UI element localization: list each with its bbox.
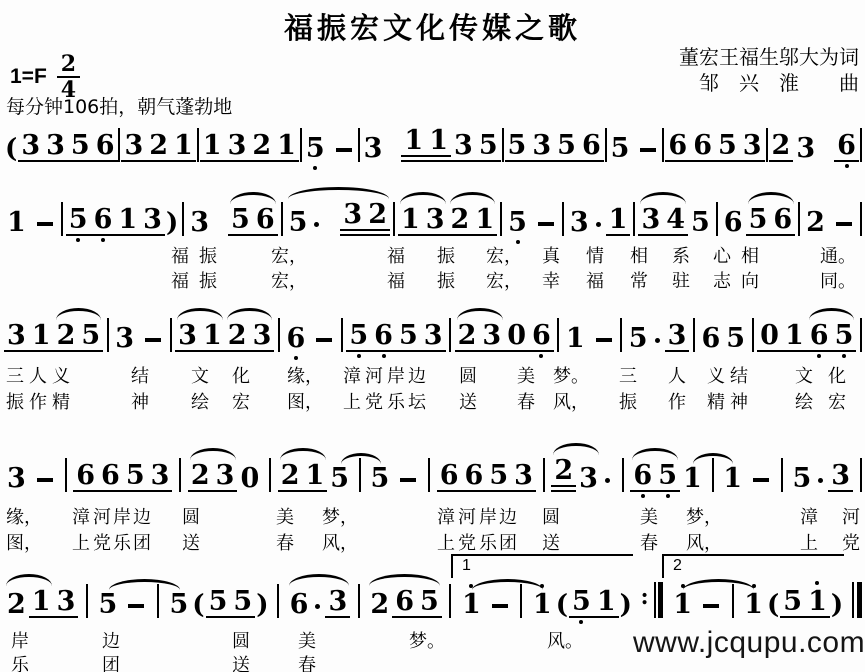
lyrics-layer: 福振宏，福振宏，真情相系心相通。福振宏，福振宏，幸福常驻志向同。三人义结文化缘，… [0, 0, 865, 672]
lyric-char: 乐 [387, 388, 405, 414]
lyric-char: 宏， [271, 242, 307, 268]
lyric-char: 福 [586, 267, 604, 293]
lyric-char: 作 [668, 388, 686, 414]
lyric-char: 上 [72, 529, 90, 555]
lyric-char: 宏， [271, 267, 307, 293]
lyric-char: 漳 [72, 503, 90, 529]
lyric-char: 系 [672, 242, 690, 268]
lyric-char: 缘， [6, 503, 42, 529]
lyric-char: 美 [517, 362, 535, 388]
lyric-char: 春 [640, 529, 658, 555]
lyric-char: 化 [828, 362, 846, 388]
lyric-char: 同。 [820, 267, 856, 293]
lyric-char: 美 [276, 503, 294, 529]
lyric-char: 宏， [486, 267, 522, 293]
lyric-char: 乐 [11, 651, 29, 672]
lyric-char: 义 [707, 362, 725, 388]
lyric-char: 绘 [795, 388, 813, 414]
lyric-char: 岸 [11, 627, 29, 653]
lyric-char: 圆 [232, 627, 250, 653]
lyric-char: 岸 [479, 503, 497, 529]
lyric-char: 风。 [547, 627, 583, 653]
lyric-char: 圆 [459, 362, 477, 388]
lyric-char: 梦。 [409, 627, 445, 653]
lyric-char: 团 [499, 529, 517, 555]
lyric-char: 宏， [486, 242, 522, 268]
watermark: www.jcqupu.com [633, 626, 865, 660]
lyric-char: 风， [322, 529, 358, 555]
lyric-char: 边 [408, 362, 426, 388]
lyric-char: 风， [553, 388, 589, 414]
lyric-char: 边 [102, 627, 120, 653]
lyric-char: 驻 [672, 267, 690, 293]
lyric-char: 送 [542, 529, 560, 555]
lyric-char: 振 [6, 388, 24, 414]
lyric-char: 上 [343, 388, 361, 414]
lyric-char: 常 [630, 267, 648, 293]
lyric-char: 三 [6, 362, 24, 388]
lyric-char: 圆 [182, 503, 200, 529]
lyric-char: 精 [707, 388, 725, 414]
lyric-char: 结 [730, 362, 748, 388]
lyric-char: 团 [102, 651, 120, 672]
lyric-char: 上 [437, 529, 455, 555]
lyric-char: 人 [29, 362, 47, 388]
lyric-char: 人 [668, 362, 686, 388]
lyric-char: 相 [741, 242, 759, 268]
lyric-char: 真 [542, 242, 560, 268]
lyric-char: 党 [365, 388, 383, 414]
lyric-char: 福 [387, 267, 405, 293]
lyric-char: 美 [640, 503, 658, 529]
lyric-char: 化 [232, 362, 250, 388]
lyric-char: 美 [298, 627, 316, 653]
lyric-char: 文 [795, 362, 813, 388]
lyric-char: 岸 [113, 503, 131, 529]
lyric-char: 图， [287, 388, 323, 414]
lyric-char: 文 [191, 362, 209, 388]
lyric-char: 缘， [287, 362, 323, 388]
lyric-char: 振 [199, 267, 217, 293]
lyric-char: 送 [182, 529, 200, 555]
lyric-char: 梦， [686, 503, 722, 529]
lyric-char: 春 [298, 651, 316, 672]
lyric-char: 宏 [828, 388, 846, 414]
lyric-char: 乐 [479, 529, 497, 555]
lyric-char: 团 [133, 529, 151, 555]
lyric-char: 情 [586, 242, 604, 268]
lyric-char: 图， [6, 529, 42, 555]
lyric-char: 乐 [113, 529, 131, 555]
lyric-char: 梦。 [553, 362, 589, 388]
lyric-char: 春 [517, 388, 535, 414]
lyric-char: 志 [713, 267, 731, 293]
lyric-char: 河 [365, 362, 383, 388]
lyric-char: 春 [276, 529, 294, 555]
lyric-char: 向 [741, 267, 759, 293]
lyric-char: 福 [171, 242, 189, 268]
lyric-char: 神 [131, 388, 149, 414]
lyric-char: 党 [458, 529, 476, 555]
lyric-char: 河 [93, 503, 111, 529]
lyric-char: 振 [437, 242, 455, 268]
lyric-char: 河 [458, 503, 476, 529]
lyric-char: 边 [133, 503, 151, 529]
lyric-char: 振 [619, 388, 637, 414]
lyric-char: 漳 [343, 362, 361, 388]
lyric-char: 振 [199, 242, 217, 268]
lyric-char: 送 [232, 651, 250, 672]
lyric-char: 圆 [542, 503, 560, 529]
lyric-char: 党 [842, 529, 860, 555]
lyric-char: 梦， [322, 503, 358, 529]
lyric-char: 送 [459, 388, 477, 414]
lyric-char: 福 [387, 242, 405, 268]
lyric-char: 宏 [232, 388, 250, 414]
lyric-char: 漳 [437, 503, 455, 529]
lyric-char: 通。 [820, 242, 856, 268]
lyric-char: 幸 [542, 267, 560, 293]
lyric-char: 义 [52, 362, 70, 388]
lyric-char: 神 [730, 388, 748, 414]
lyric-char: 坛 [408, 388, 426, 414]
lyric-char: 风， [686, 529, 722, 555]
lyric-char: 河 [842, 503, 860, 529]
lyric-char: 福 [171, 267, 189, 293]
lyric-char: 上 [800, 529, 818, 555]
lyric-char: 振 [437, 267, 455, 293]
lyric-char: 边 [499, 503, 517, 529]
lyric-char: 相 [630, 242, 648, 268]
lyric-char: 心 [713, 242, 731, 268]
lyric-char: 岸 [387, 362, 405, 388]
lyric-char: 三 [619, 362, 637, 388]
lyric-char: 党 [93, 529, 111, 555]
lyric-char: 作 [29, 388, 47, 414]
sheet-music-page: 福振宏文化传媒之歌 1=F 2 4 每分钟106拍，朝气蓬勃地 董宏王福生邬大为… [0, 0, 865, 672]
lyric-char: 精 [52, 388, 70, 414]
lyric-char: 绘 [191, 388, 209, 414]
lyric-char: 结 [131, 362, 149, 388]
lyric-char: 漳 [800, 503, 818, 529]
